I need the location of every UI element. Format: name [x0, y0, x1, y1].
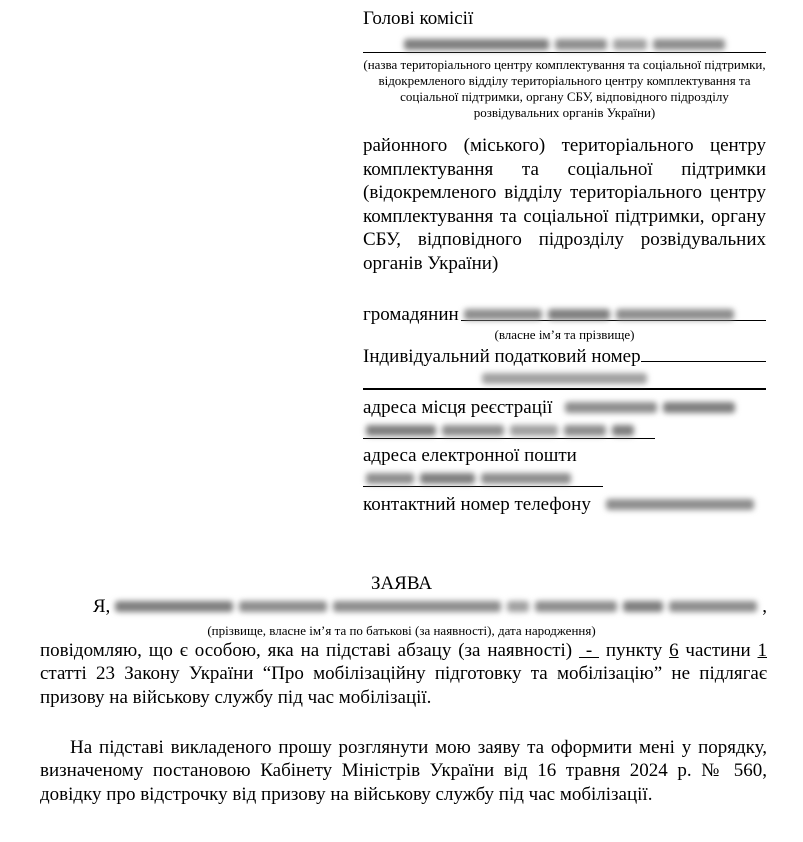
- org-description: районного (міського) територіального цен…: [363, 134, 766, 275]
- redaction-blur: [401, 34, 728, 56]
- address-label: адреса місця реєстрації: [363, 396, 552, 420]
- text-segment: статті 23 Закону України “Про мобілізаці…: [40, 663, 767, 707]
- redaction-blur: [363, 420, 637, 442]
- body-paragraph-1: повідомляю, що є особою, яка на підставі…: [40, 639, 767, 709]
- redacted-address-line-1: [562, 396, 738, 420]
- redaction-blur: [461, 304, 737, 326]
- citizen-caption: (власне імʼя та прізвище): [363, 327, 766, 343]
- applicant-fields: громадянин (власне імʼя та прізвище) Інд…: [363, 304, 766, 517]
- phone-label: контактний номер телефону: [363, 493, 591, 517]
- redacted-address-line-2: [363, 420, 655, 439]
- redaction-blur: [363, 468, 574, 490]
- applicant-line: Я, ,: [40, 596, 767, 618]
- phone-row: контактний номер телефону: [363, 493, 766, 517]
- applicant-prefix: Я,: [93, 596, 110, 618]
- registration-address-row: адреса місця реєстрації: [363, 396, 766, 420]
- redacted-phone-number: [603, 493, 757, 517]
- tax-number-blank: [641, 345, 766, 362]
- org-name-caption: (назва територіального центру комплектув…: [363, 57, 766, 121]
- redacted-applicant-name-and-birthdate: [112, 596, 760, 618]
- redaction-blur: [479, 368, 650, 390]
- redacted-org-name: [363, 34, 766, 53]
- applicant-suffix: ,: [762, 596, 767, 618]
- text-segment: -: [579, 640, 599, 661]
- text-segment: 6: [669, 640, 679, 661]
- tax-number-label: Індивідуальний податковий номер: [363, 346, 641, 368]
- body-paragraph-2: На підставі викладеного прошу розглянути…: [40, 736, 767, 806]
- text-segment: повідомляю, що є особою, яка на підставі…: [40, 640, 579, 661]
- text-segment: пункту: [599, 640, 669, 661]
- email-label: адреса електронної пошти: [363, 444, 766, 468]
- text-segment: частини: [679, 640, 758, 661]
- document-title: ЗАЯВА: [0, 573, 803, 595]
- text-segment: 1: [758, 640, 768, 661]
- redacted-citizen-full-name: [461, 304, 766, 321]
- applicant-caption: (прізвище, власне імʼя та по батькові (з…: [0, 623, 803, 639]
- salutation: Голові комісії: [363, 8, 766, 30]
- redacted-email: [363, 468, 603, 487]
- citizen-label: громадянин: [363, 304, 459, 326]
- application-document-page: Голові комісії (назва територіального це…: [0, 0, 803, 842]
- citizen-row: громадянин: [363, 304, 766, 326]
- redacted-tax-number: [363, 368, 766, 390]
- tax-number-row: Індивідуальний податковий номер: [363, 345, 766, 368]
- addressee-block: Голові комісії (назва територіального це…: [363, 8, 766, 517]
